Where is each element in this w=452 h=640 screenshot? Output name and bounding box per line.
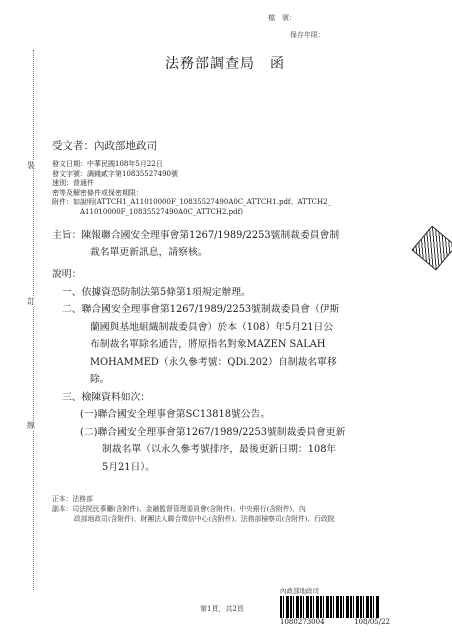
distribution-block: 正本：法務部 副本：司法院民事廳(含附件)、金融監督管理委員會(含附件)、中央銀… <box>52 494 335 524</box>
explanation-item-2-line-1: 二、聯合國安全理事會第1267/1989/2253號制裁委員會（伊斯 <box>52 301 345 319</box>
explanation-sub-2-line-3: 5月21日）。 <box>52 459 345 477</box>
recipient: 受文者：內政部地政司 <box>52 138 157 153</box>
explanation-item-2-line-2: 蘭國與基地組織制裁委員會）於本（108）年5月21日公 <box>52 319 345 337</box>
explanation-item-2-line-3: 布制裁名單除名通告，將原指名對象MAZEN SALAH <box>52 336 345 354</box>
delivery-speed: 速別：普通件 <box>52 179 331 189</box>
retention-period-label: 保存年限： <box>290 30 325 40</box>
explanation-label: 說明： <box>52 266 345 284</box>
barcode-number: 1080273004 <box>280 618 325 626</box>
explanation-sub-1: (一)聯合國安全理事會第SC13818號公告。 <box>52 406 345 424</box>
primary-recipient: 正本：法務部 <box>52 494 335 504</box>
document-title: 法務部調查局 函 <box>165 53 285 73</box>
security-level: 密等及解密條件或保密期限： <box>52 189 331 199</box>
cc-line-1: 副本：司法院民事廳(含附件)、金融監督管理委員會(含附件)、中央銀行(含附件)、… <box>52 504 335 514</box>
explanation-sub-2-line-1: (二)聯合國安全理事會第1267/1989/2253號制裁委員會更新 <box>52 424 345 442</box>
barcode-label: 內政部地政司 <box>280 586 390 595</box>
cc-line-2: 政部地政司(含附件)、財團法人聯合徵信中心(含附件)、法務部檢察司(含附件)、行… <box>52 514 335 524</box>
recipient-label: 受文者： <box>52 140 94 152</box>
explanation-sub-2-line-2: 制裁名單（以永久參考號排序，最後更新日期：108年 <box>52 441 345 459</box>
binding-line <box>33 50 34 590</box>
subject-line-1: 陳報聯合國安全理事會第1267/1989/2253號制裁委員會制 <box>81 230 339 241</box>
issue-date: 發文日期：中華民國108年5月22日 <box>52 160 331 170</box>
explanation-item-2-line-5: 除。 <box>52 371 345 389</box>
document-number: 發文字號：調錢貳字第10835527490號 <box>52 170 331 180</box>
explanation-item-3: 三、檢陳資料如次： <box>52 389 345 407</box>
attachment-line-1[interactable]: 附件：如說明(ATTCH1_A11010000F_10835527490A0C_… <box>52 198 331 208</box>
explanation-block: 說明： 一、依據資恐防制法第5條第1項規定辦理。 二、聯合國安全理事會第1267… <box>52 266 345 476</box>
recipient-name: 內政部地政司 <box>94 140 157 152</box>
official-seal-icon <box>411 225 452 270</box>
subject-label: 主旨： <box>52 230 81 241</box>
binding-mark-zhuang: 裝 <box>27 160 35 171</box>
barcode-icon <box>280 596 380 618</box>
file-number-label: 檔 號： <box>268 13 296 23</box>
explanation-item-2-line-4: MOHAMMED（永久參考號：QDi.202）自制裁名單移 <box>52 354 345 372</box>
document-metadata: 發文日期：中華民國108年5月22日 發文字號：調錢貳字第10835527490… <box>52 160 331 218</box>
subject-line-2: 裁名單更新訊息，請察核。 <box>52 244 339 261</box>
barcode-block: 內政部地政司 1080273004 108/05/22 <box>280 586 390 626</box>
barcode-date: 108/05/22 <box>354 618 390 626</box>
page-number: 第1頁，共2頁 <box>200 604 244 614</box>
binding-mark-ding: 訂 <box>27 296 35 307</box>
explanation-item-1: 一、依據資恐防制法第5條第1項規定辦理。 <box>52 284 345 302</box>
subject-block: 主旨：陳報聯合國安全理事會第1267/1989/2253號制裁委員會制 裁名單更… <box>52 227 339 261</box>
binding-mark-xian: 線 <box>27 420 35 431</box>
attachment-line-2[interactable]: A11010000F_10835527490A0C_ATTCH2.pdf) <box>52 208 331 218</box>
